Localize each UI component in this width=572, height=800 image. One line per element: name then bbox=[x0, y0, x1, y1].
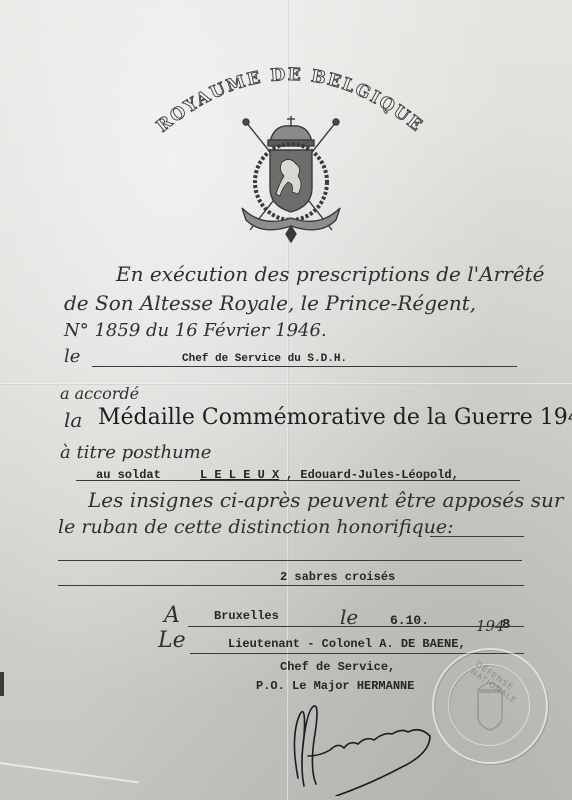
insignia-rule-3 bbox=[58, 585, 524, 586]
signatory-name: Lieutenant - Colonel A. DE BAENE, bbox=[228, 637, 466, 651]
signatory-title: Chef de Service, bbox=[280, 660, 395, 674]
grantor-label: le bbox=[64, 346, 80, 367]
edge-mark bbox=[0, 672, 4, 696]
granted-label: a accordé bbox=[60, 384, 139, 403]
signatory-label: Le bbox=[158, 628, 186, 653]
year-typed: 8 bbox=[502, 617, 510, 633]
signature-icon bbox=[280, 696, 440, 796]
recipient-rule bbox=[76, 480, 520, 481]
place-label: A bbox=[164, 603, 180, 628]
grantor-value: Chef de Service du S.D.H. bbox=[182, 353, 347, 365]
insignia-text-line-2: le ruban de cette distinction honorifiqu… bbox=[58, 516, 454, 538]
place-value: Bruxelles bbox=[214, 609, 279, 623]
medal-prefix: la bbox=[64, 408, 82, 432]
signatory-po: P.O. Le Major HERMANNE bbox=[256, 679, 414, 693]
preamble-line-1: En exécution des prescriptions de l'Arrê… bbox=[116, 262, 544, 286]
insignia-rule-2 bbox=[58, 560, 522, 561]
preamble-line-3: N° 1859 du 16 Février 1946. bbox=[64, 320, 327, 341]
posthumous-label: à titre posthume bbox=[60, 442, 211, 463]
coat-of-arms-icon bbox=[232, 112, 350, 244]
preamble-line-2: de Son Altesse Royale, le Prince-Régent, bbox=[64, 291, 476, 315]
grantor-rule bbox=[92, 366, 517, 367]
insignia-value: 2 sabres croisés bbox=[280, 570, 395, 584]
insignia-text-line-1: Les insignes ci-après peuvent être appos… bbox=[88, 488, 563, 512]
medal-name: Médaille Commémorative de la Guerre 1940… bbox=[98, 405, 572, 430]
insignia-rule-1 bbox=[430, 536, 524, 537]
embossed-seal: DÉFENSE NATIONALE bbox=[432, 648, 548, 764]
certificate-page: ROYAUME DE BELGIQUE En exécution des pre bbox=[0, 0, 572, 800]
seal-crest-icon bbox=[470, 676, 510, 732]
paper-crease bbox=[0, 762, 139, 783]
date-rule bbox=[188, 626, 524, 627]
